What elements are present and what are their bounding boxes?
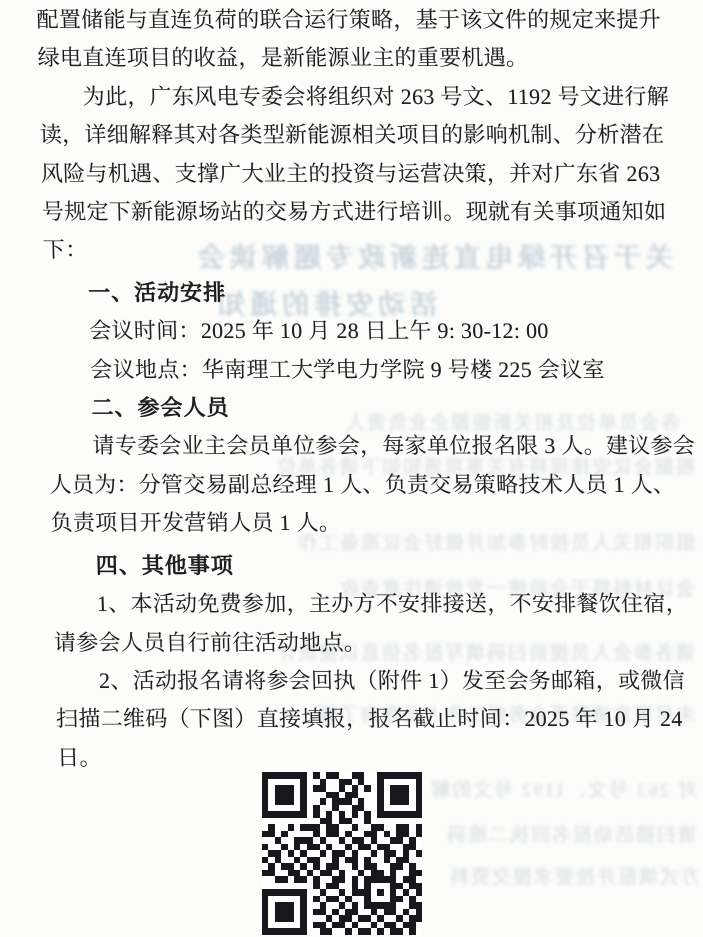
text-line: 请参会人员自行前往活动地点。 — [53, 624, 694, 662]
text-line: 绿电直连项目的收益，是新能源业主的重要机遇。 — [37, 39, 678, 77]
text-line: 为此，广东风电专委会将组织对 263 号文、1192 号文进行解 — [38, 78, 679, 116]
text-line: 读，详细解释其对各类型新能源相关项目的影响机制、分析潜在 — [39, 116, 680, 154]
text-line: 会议时间：2025 年 10 月 28 日上午 9: 30-12: 00 — [45, 312, 686, 350]
bleedthrough-text: 对 263 号文、1192 号文的解读 — [432, 775, 697, 802]
text-line: 人员为：分管交易副总经理 1 人、负责交易策略技术人员 1 人、 — [49, 466, 690, 504]
text-line: 请专委会业主会员单位参会，每家单位报名限 3 人。建议参会 — [48, 427, 689, 465]
section-heading: 四、其他事项 — [51, 547, 692, 585]
qr-code — [262, 772, 422, 935]
text-line: 会议地点：华南理工大学电力学院 9 号楼 225 会议室 — [46, 351, 687, 389]
text-line: 配置储能与直连负荷的联合运行策略，基于该文件的规定来提升 — [36, 1, 677, 39]
bleedthrough-text: 方式填报并按要求提交资料 — [432, 862, 700, 889]
text-line: 扫描二维码（下图）直接填报，报名截止时间：2025 年 10 月 24 — [56, 700, 697, 738]
text-line: 2、活动报名请将参会回执（附件 1）发至会务邮箱，或微信 — [54, 662, 695, 700]
text-line: 风险与机遇、支撑广大业主的投资与运营决策，并对广东省 263 — [40, 155, 681, 193]
document-body: 配置储能与直连负荷的联合运行策略，基于该文件的规定来提升 绿电直连项目的收益，是… — [0, 0, 698, 777]
text-line: 1、本活动免费参加，主办方不安排接送，不安排餐饮住宿， — [52, 585, 693, 623]
bleedthrough-text: 请扫描活动报名回执二维码 — [432, 820, 697, 847]
text-line: 号规定下新能源场站的交易方式进行培训。现就有关事项通知如 — [41, 193, 682, 231]
text-line: 下： — [42, 231, 683, 269]
section-heading: 二、参会人员 — [47, 389, 688, 427]
text-line: 负责项目开发营销人员 1 人。 — [50, 504, 691, 542]
section-heading: 一、活动安排 — [44, 274, 685, 312]
scanned-page: 关于召开绿电直连新政专题解读会 活动安排的通知 各会员单位及相关新能源企业负责人… — [0, 0, 703, 937]
